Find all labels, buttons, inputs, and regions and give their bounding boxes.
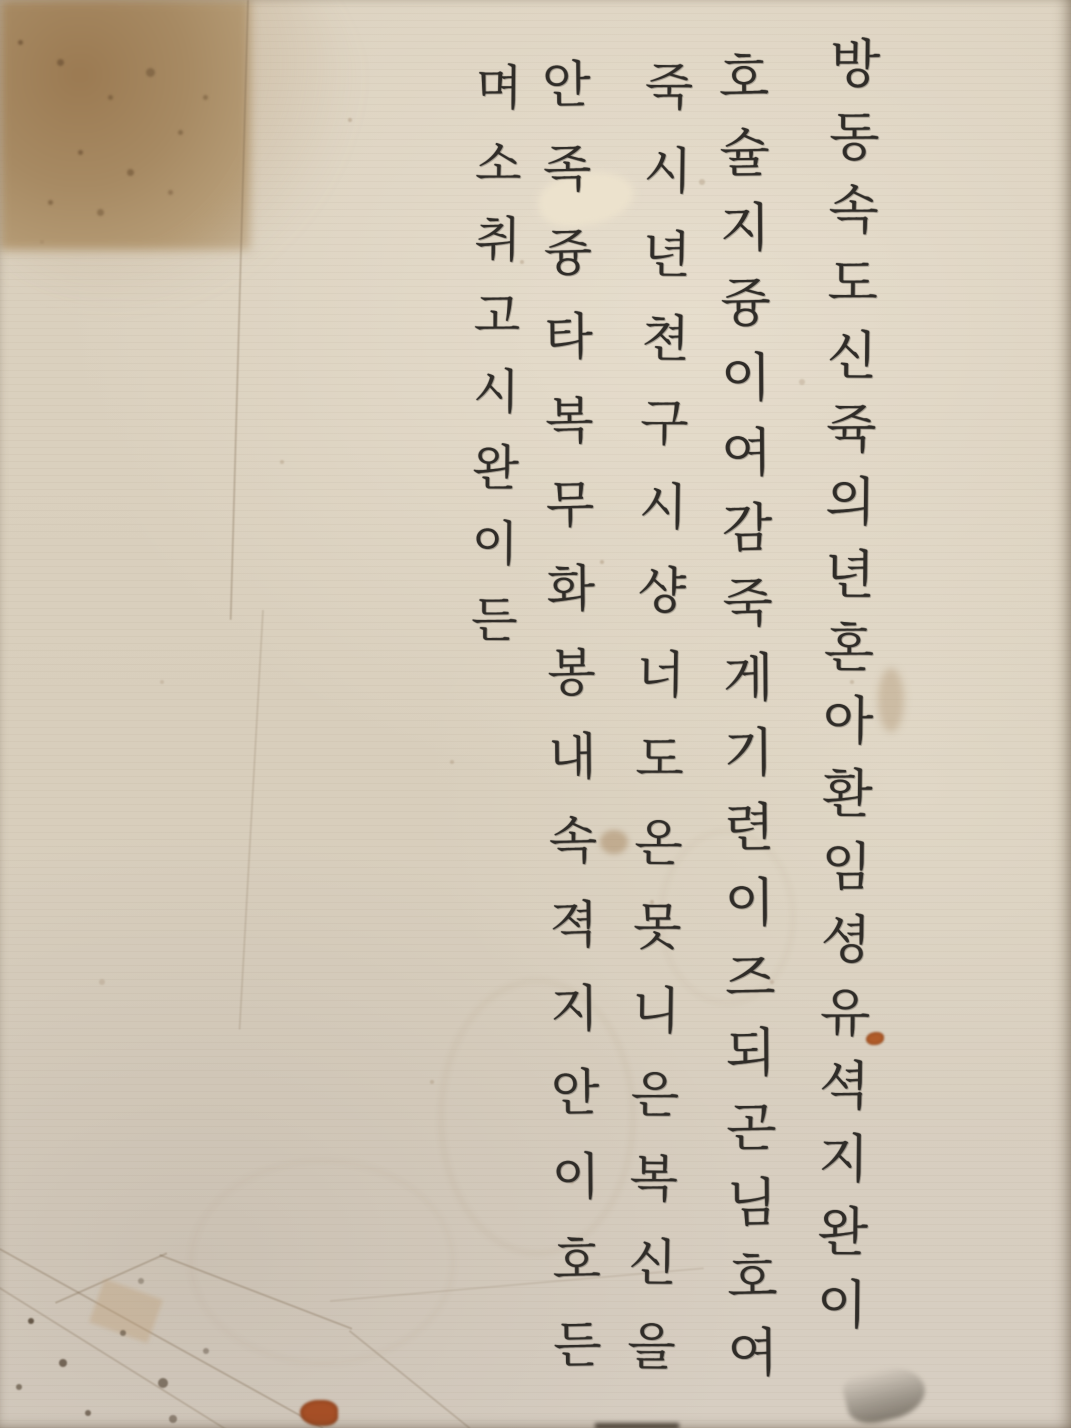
text-column-2: 호슐지즁이여감죽게기련이즈되곤님호여 xyxy=(701,50,785,1400)
text-column-1: 방동속도신쥭의년혼아환임셩유셕지완이 xyxy=(799,36,888,1351)
curled-corner-shadow xyxy=(840,1359,930,1428)
vertical-crease-line xyxy=(239,610,264,1029)
text-column-4: 안족즁타복무화봉내속젹지안이호든 xyxy=(526,58,610,1403)
text-column-3: 죽시년쳔구시샹너도온못니은복신을 xyxy=(611,60,702,1405)
ink-speckle-dots xyxy=(28,1318,34,1324)
water-stain-ring xyxy=(190,1160,454,1364)
stain-speckles xyxy=(18,40,23,45)
manuscript-photograph: 방동속도신쥭의년혼아환임셩유셕지완이 호슐지즁이여감죽게기련이즈되곤님호여 죽시… xyxy=(0,0,1071,1428)
paper-freckles xyxy=(348,118,352,122)
manuscript-page: 방동속도신쥭의년혼아환임셩유셕지완이 호슐지즁이여감죽게기련이즈되곤님호여 죽시… xyxy=(0,0,1071,1428)
bottom-ink-smudge xyxy=(595,1423,679,1428)
text-column-5: 며소취고시완이든 xyxy=(455,62,529,671)
edge-smudge xyxy=(878,668,904,732)
large-brown-stain xyxy=(0,0,250,250)
rust-spot-bottom xyxy=(300,1400,338,1426)
